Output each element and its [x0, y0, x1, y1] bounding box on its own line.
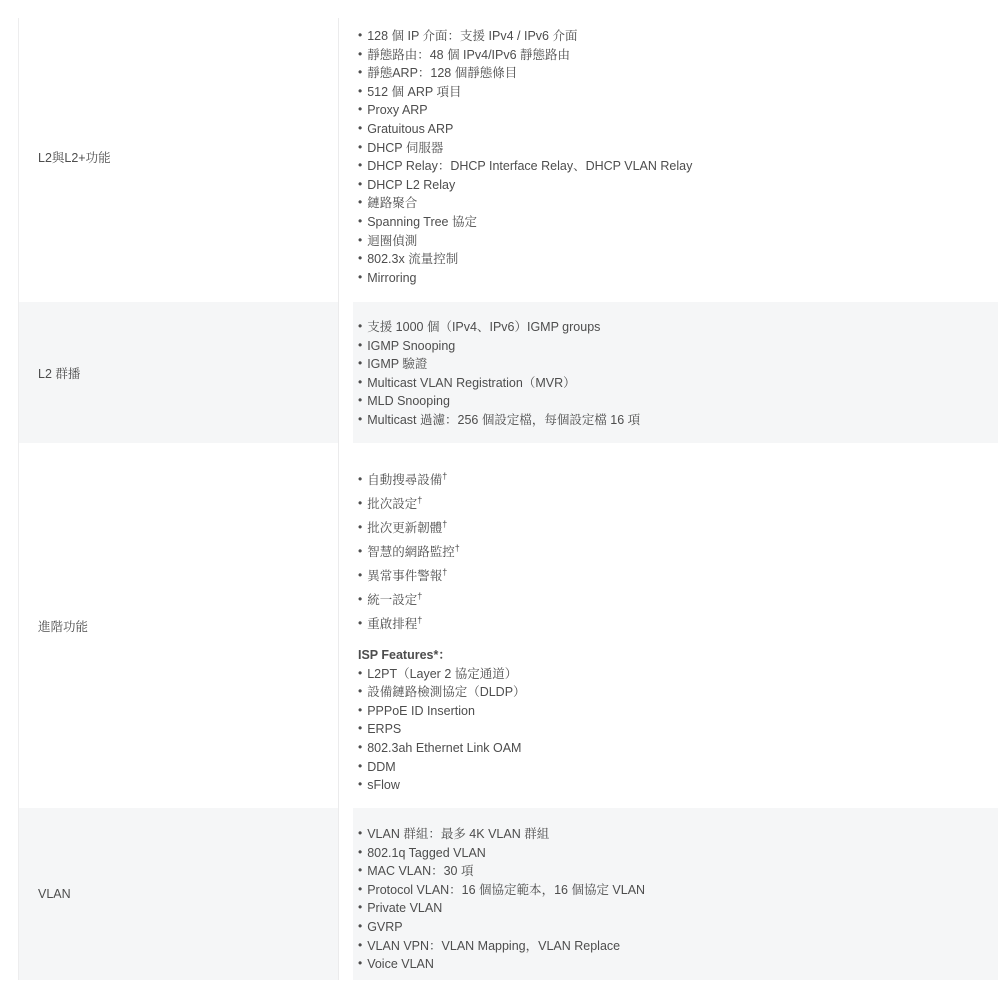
bullet-icon: •	[358, 119, 362, 138]
feature-item: •統一設定†	[358, 588, 998, 612]
bullet-icon: •	[358, 63, 362, 82]
feature-text: Gratuitous ARP	[367, 122, 453, 136]
feature-item: •L2PT（Layer 2 協定通道）	[358, 665, 998, 684]
feature-item: •Private VLAN	[358, 899, 998, 918]
feature-text: 鏈路聚合	[367, 196, 417, 210]
feature-text: ERPS	[367, 722, 401, 736]
feature-text: 靜態ARP：128 個靜態條目	[367, 66, 517, 80]
isp-features-heading: ISP Features*：	[358, 646, 998, 665]
feature-item: •802.1q Tagged VLAN	[358, 844, 998, 863]
feature-item: •VLAN 群組：最多 4K VLAN 群組	[358, 825, 998, 844]
bullet-icon: •	[358, 775, 362, 794]
feature-text: 批次更新韌體†	[367, 521, 447, 535]
feature-text: 批次設定†	[367, 497, 422, 511]
feature-item: •Protocol VLAN：16 個協定範本，16 個協定 VLAN	[358, 881, 998, 900]
feature-text: 智慧的網路監控†	[367, 545, 460, 559]
bullet-icon: •	[358, 410, 362, 429]
feature-item: •DDM	[358, 758, 998, 777]
feature-item: •自動搜尋設備†	[358, 468, 998, 492]
feature-list: •128 個 IP 介面：支援 IPv4 / IPv6 介面•靜態路由：48 個…	[358, 27, 998, 287]
feature-text: DHCP L2 Relay	[367, 178, 455, 192]
feature-text: 異常事件警報†	[367, 569, 447, 583]
feature-text: Private VLAN	[367, 901, 442, 915]
spec-table: L2與L2+功能•128 個 IP 介面：支援 IPv4 / IPv6 介面•靜…	[18, 18, 998, 980]
column-gutter	[338, 808, 353, 980]
bullet-icon: •	[358, 824, 362, 843]
feature-item: •802.3x 流量控制	[358, 250, 998, 269]
row-label: L2 群播	[38, 364, 80, 382]
bullet-icon: •	[358, 738, 362, 757]
bullet-icon: •	[358, 82, 362, 101]
feature-list: •支援 1000 個（IPv4、IPv6）IGMP groups•IGMP Sn…	[358, 318, 998, 430]
dagger-marker: †	[417, 495, 422, 505]
feature-text: L2PT（Layer 2 協定通道）	[367, 667, 517, 681]
feature-text: 統一設定†	[367, 593, 422, 607]
feature-text: VLAN 群組：最多 4K VLAN 群組	[367, 827, 549, 841]
feature-text: 自動搜尋設備†	[367, 473, 447, 487]
feature-list: •VLAN 群組：最多 4K VLAN 群組•802.1q Tagged VLA…	[358, 825, 998, 974]
bullet-icon: •	[358, 880, 362, 899]
feature-text: MAC VLAN：30 項	[367, 864, 473, 878]
feature-text: Voice VLAN	[367, 957, 434, 971]
feature-item: •智慧的網路監控†	[358, 540, 998, 564]
feature-item: •VLAN VPN：VLAN Mapping，VLAN Replace	[358, 937, 998, 956]
bullet-icon: •	[358, 391, 362, 410]
feature-text: IGMP 驗證	[367, 357, 427, 371]
bullet-icon: •	[358, 587, 362, 611]
bullet-icon: •	[358, 249, 362, 268]
bullet-icon: •	[358, 193, 362, 212]
feature-item: •Voice VLAN	[358, 955, 998, 974]
feature-text: 靜態路由：48 個 IPv4/IPv6 靜態路由	[367, 48, 570, 62]
bullet-icon: •	[358, 336, 362, 355]
feature-text: Mirroring	[367, 271, 416, 285]
feature-text: 128 個 IP 介面：支援 IPv4 / IPv6 介面	[367, 29, 577, 43]
feature-item: •DHCP Relay：DHCP Interface Relay、DHCP VL…	[358, 157, 998, 176]
bullet-icon: •	[358, 701, 362, 720]
dagger-marker: †	[455, 543, 460, 553]
bullet-icon: •	[358, 515, 362, 539]
dagger-marker: †	[442, 471, 447, 481]
feature-text: Spanning Tree 協定	[367, 215, 477, 229]
feature-item: •Multicast 過濾：256 個設定檔，每個設定檔 16 項	[358, 411, 998, 430]
feature-text: Proxy ARP	[367, 103, 427, 117]
bullet-icon: •	[358, 317, 362, 336]
bullet-icon: •	[358, 26, 362, 45]
feature-item: •512 個 ARP 項目	[358, 83, 998, 102]
feature-text: GVRP	[367, 920, 402, 934]
feature-item: •GVRP	[358, 918, 998, 937]
feature-item: •IGMP 驗證	[358, 355, 998, 374]
bullet-icon: •	[358, 354, 362, 373]
bullet-icon: •	[358, 539, 362, 563]
row-label-cell-vlan: VLAN	[19, 808, 338, 980]
dagger-marker: †	[442, 567, 447, 577]
dagger-marker: †	[442, 519, 447, 529]
bullet-icon: •	[358, 664, 362, 683]
row-content-vlan: •VLAN 群組：最多 4K VLAN 群組•802.1q Tagged VLA…	[353, 808, 998, 980]
bullet-icon: •	[358, 898, 362, 917]
feature-item: •重啟排程†	[358, 612, 998, 636]
feature-item: •PPPoE ID Insertion	[358, 702, 998, 721]
column-gutter	[338, 450, 353, 802]
feature-text: PPPoE ID Insertion	[367, 704, 475, 718]
feature-item: •批次設定†	[358, 492, 998, 516]
row-label-cell-l2-l2plus: L2與L2+功能	[19, 18, 338, 295]
feature-item: •批次更新韌體†	[358, 516, 998, 540]
row-content-advanced: •自動搜尋設備†•批次設定†•批次更新韌體†•智慧的網路監控†•異常事件警報†•…	[353, 450, 998, 802]
bullet-icon: •	[358, 373, 362, 392]
spec-row-advanced: 進階功能•自動搜尋設備†•批次設定†•批次更新韌體†•智慧的網路監控†•異常事件…	[19, 450, 998, 802]
feature-text: DDM	[367, 760, 395, 774]
row-separator	[19, 295, 998, 302]
feature-text: DHCP 伺服器	[367, 141, 443, 155]
bullet-icon: •	[358, 212, 362, 231]
bullet-icon: •	[358, 954, 362, 973]
feature-list: •自動搜尋設備†•批次設定†•批次更新韌體†•智慧的網路監控†•異常事件警報†•…	[358, 468, 998, 636]
bullet-icon: •	[358, 156, 362, 175]
feature-text: DHCP Relay：DHCP Interface Relay、DHCP VLA…	[367, 159, 692, 173]
bullet-icon: •	[358, 682, 362, 701]
spec-row-l2-multicast: L2 群播•支援 1000 個（IPv4、IPv6）IGMP groups•IG…	[19, 302, 998, 443]
row-content-l2-multicast: •支援 1000 個（IPv4、IPv6）IGMP groups•IGMP Sn…	[353, 302, 998, 443]
feature-item: •MLD Snooping	[358, 392, 998, 411]
bullet-icon: •	[358, 175, 362, 194]
feature-text: 設備鏈路檢測協定（DLDP）	[367, 685, 525, 699]
feature-text: 支援 1000 個（IPv4、IPv6）IGMP groups	[367, 320, 600, 334]
feature-item: •sFlow	[358, 776, 998, 795]
feature-text: Multicast 過濾：256 個設定檔，每個設定檔 16 項	[367, 413, 640, 427]
feature-item: •IGMP Snooping	[358, 337, 998, 356]
spec-row-l2-l2plus: L2與L2+功能•128 個 IP 介面：支援 IPv4 / IPv6 介面•靜…	[19, 18, 998, 295]
feature-item: •Spanning Tree 協定	[358, 213, 998, 232]
bullet-icon: •	[358, 45, 362, 64]
feature-text: sFlow	[367, 778, 400, 792]
bullet-icon: •	[358, 936, 362, 955]
row-label: L2與L2+功能	[38, 148, 111, 166]
row-label-cell-advanced: 進階功能	[19, 450, 338, 802]
feature-text: 802.1q Tagged VLAN	[367, 846, 486, 860]
feature-item: •MAC VLAN：30 項	[358, 862, 998, 881]
row-label-cell-l2-multicast: L2 群播	[19, 302, 338, 443]
bullet-icon: •	[358, 467, 362, 491]
feature-text: MLD Snooping	[367, 394, 450, 408]
row-label: VLAN	[38, 887, 71, 901]
bullet-icon: •	[358, 138, 362, 157]
bullet-icon: •	[358, 917, 362, 936]
feature-text: VLAN VPN：VLAN Mapping，VLAN Replace	[367, 939, 620, 953]
feature-item: •靜態路由：48 個 IPv4/IPv6 靜態路由	[358, 46, 998, 65]
row-label: 進階功能	[38, 617, 88, 635]
bullet-icon: •	[358, 231, 362, 250]
bullet-icon: •	[358, 491, 362, 515]
column-gutter	[338, 18, 353, 295]
bullet-icon: •	[358, 563, 362, 587]
feature-text: 802.3ah Ethernet Link OAM	[367, 741, 521, 755]
feature-item: •Multicast VLAN Registration（MVR）	[358, 374, 998, 393]
bullet-icon: •	[358, 100, 362, 119]
feature-item: •靜態ARP：128 個靜態條目	[358, 64, 998, 83]
feature-text: Protocol VLAN：16 個協定範本，16 個協定 VLAN	[367, 883, 645, 897]
feature-item: •異常事件警報†	[358, 564, 998, 588]
row-separator	[19, 443, 998, 450]
feature-item: •ERPS	[358, 720, 998, 739]
feature-item: •迴圈偵測	[358, 232, 998, 251]
feature-item: •設備鏈路檢測協定（DLDP）	[358, 683, 998, 702]
feature-item: •Mirroring	[358, 269, 998, 288]
feature-item: •802.3ah Ethernet Link OAM	[358, 739, 998, 758]
feature-text: 重啟排程†	[367, 617, 422, 631]
bullet-icon: •	[358, 268, 362, 287]
row-content-l2-l2plus: •128 個 IP 介面：支援 IPv4 / IPv6 介面•靜態路由：48 個…	[353, 18, 998, 295]
bullet-icon: •	[358, 861, 362, 880]
feature-text: Multicast VLAN Registration（MVR）	[367, 376, 575, 390]
feature-item: •支援 1000 個（IPv4、IPv6）IGMP groups	[358, 318, 998, 337]
feature-item: •DHCP 伺服器	[358, 139, 998, 158]
feature-text: 802.3x 流量控制	[367, 252, 458, 266]
isp-feature-list: •L2PT（Layer 2 協定通道）•設備鏈路檢測協定（DLDP）•PPPoE…	[358, 665, 998, 795]
bullet-icon: •	[358, 757, 362, 776]
feature-item: •128 個 IP 介面：支援 IPv4 / IPv6 介面	[358, 27, 998, 46]
feature-item: •Proxy ARP	[358, 101, 998, 120]
bullet-icon: •	[358, 611, 362, 635]
feature-text: 512 個 ARP 項目	[367, 85, 461, 99]
bullet-icon: •	[358, 719, 362, 738]
dagger-marker: †	[417, 615, 422, 625]
feature-item: •鏈路聚合	[358, 194, 998, 213]
feature-text: IGMP Snooping	[367, 339, 455, 353]
feature-item: •DHCP L2 Relay	[358, 176, 998, 195]
feature-item: •Gratuitous ARP	[358, 120, 998, 139]
spec-row-vlan: VLAN•VLAN 群組：最多 4K VLAN 群組•802.1q Tagged…	[19, 808, 998, 980]
bullet-icon: •	[358, 843, 362, 862]
feature-text: 迴圈偵測	[367, 234, 417, 248]
column-gutter	[338, 302, 353, 443]
dagger-marker: †	[417, 591, 422, 601]
